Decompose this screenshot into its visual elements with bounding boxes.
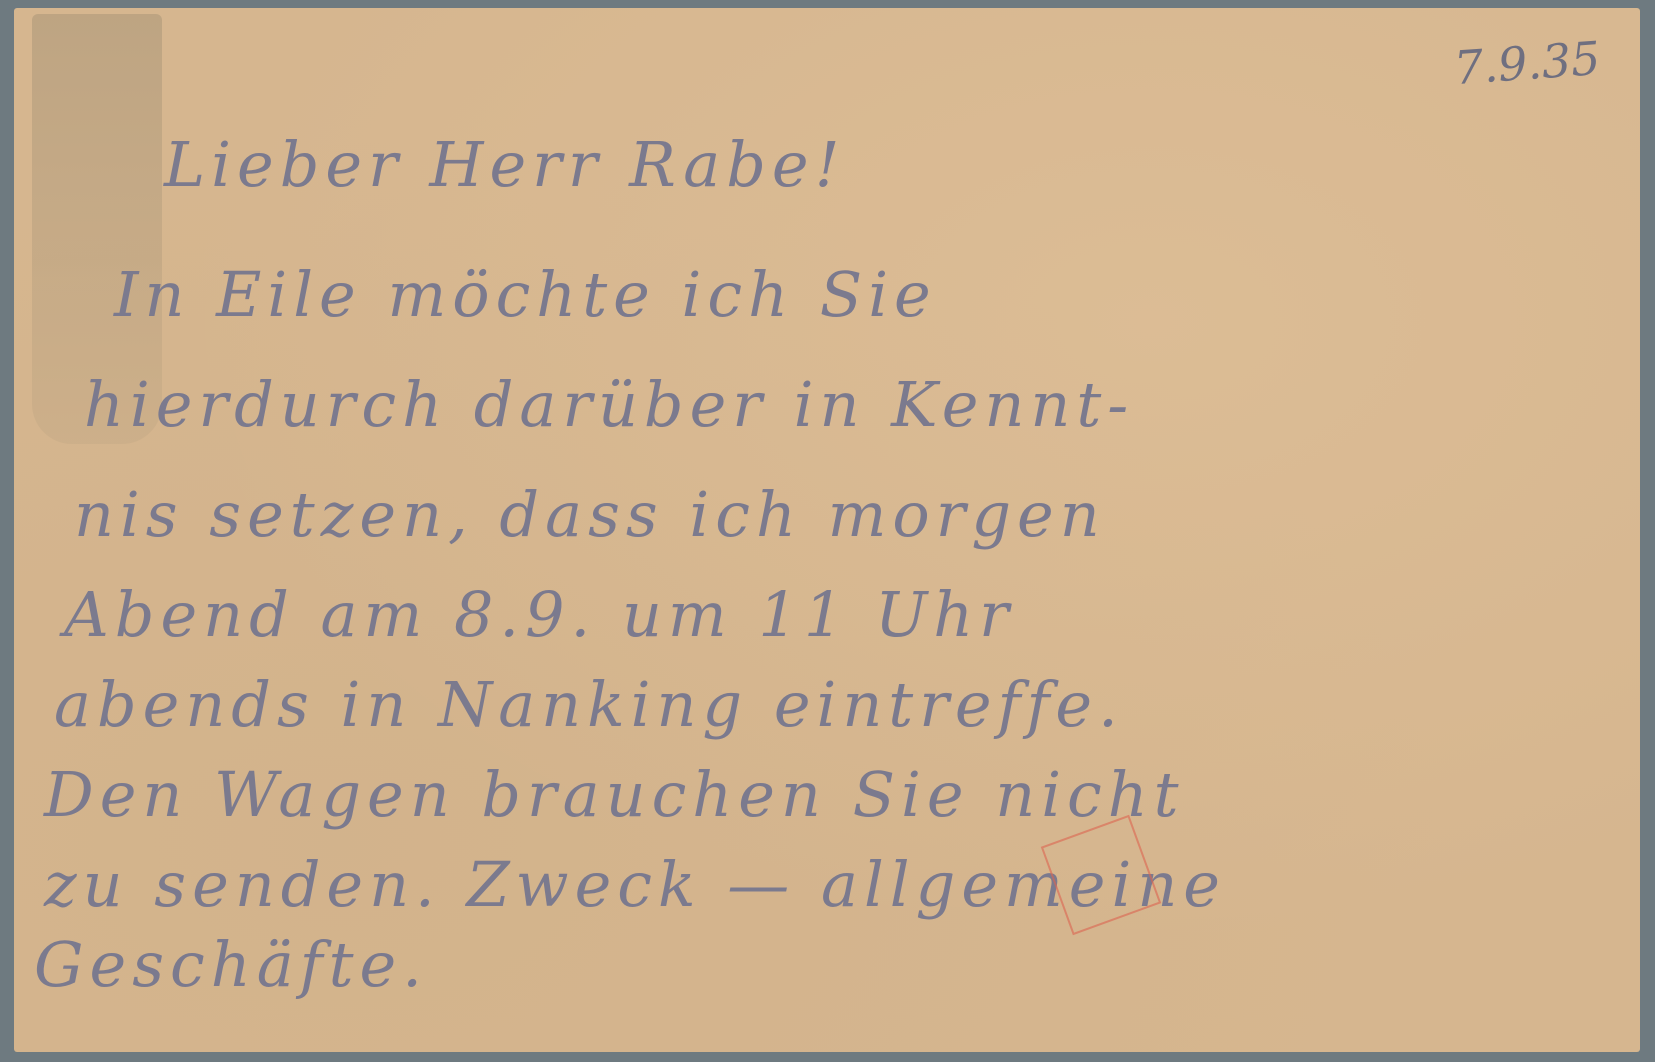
postcard: 7.9.35 Lieber Herr Rabe! In Eile möchte …: [14, 8, 1640, 1052]
handwritten-line: hierdurch darüber in Kennt-: [84, 368, 1134, 441]
handwritten-line: Lieber Herr Rabe!: [164, 128, 846, 201]
handwritten-line: In Eile möchte ich Sie: [114, 258, 937, 331]
handwritten-line: nis setzen, dass ich morgen: [74, 478, 1106, 551]
handwritten-line: Den Wagen brauchen Sie nicht: [44, 758, 1185, 831]
date: 7.9.35: [1452, 31, 1602, 95]
handwritten-line: abends in Nanking eintreffe.: [54, 668, 1124, 741]
handwritten-line: Geschäfte.: [34, 928, 428, 1001]
handwritten-line: Abend am 8.9. um 11 Uhr: [64, 578, 1015, 651]
